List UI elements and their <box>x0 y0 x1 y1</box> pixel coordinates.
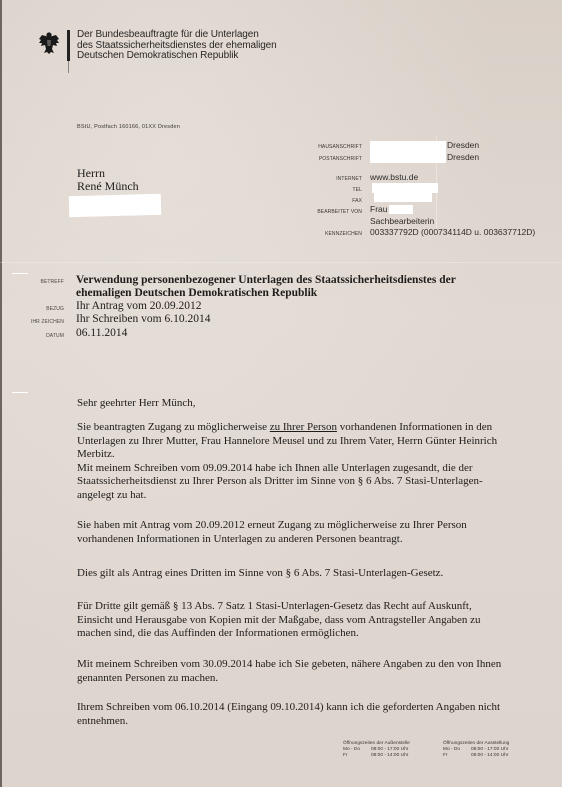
subject-line: Verwendung personenbezogener Unterlagen … <box>76 274 496 299</box>
federal-eagle-icon <box>38 31 60 55</box>
paragraph-1: Sie beantragten Zugang zu möglicherweise… <box>77 421 507 503</box>
info-value: Dresden <box>447 152 479 162</box>
letterhead-title: Der Bundesbeauftragte für die Unterlagen… <box>77 30 277 62</box>
info-value: Dresden <box>447 140 479 150</box>
info-value: Sachbearbeiterin <box>370 216 434 226</box>
letterhead-bar-tail <box>68 61 69 73</box>
paragraph-1b: Mit meinem Schreiben vom 09.09.2014 habe… <box>77 462 507 503</box>
paragraph-2: Sie haben mit Antrag vom 20.09.2012 erne… <box>77 519 507 546</box>
info-label: HAUSANSCHRIFT <box>318 144 362 150</box>
footer-row: Fr 08:00 - 14:00 Uhr <box>443 753 509 759</box>
footer-hours: 08:00 - 14:00 Uhr <box>371 753 408 759</box>
reference-number: 003337792D (000734114D u. 003637712D) <box>370 227 535 237</box>
redaction-postal <box>370 152 446 163</box>
info-value-internet: www.bstu.de <box>370 172 418 182</box>
fold-mark <box>12 392 28 393</box>
betreff-label: BETREFF <box>24 279 64 285</box>
sender-return-address: BStU, Postfach 160166, 01XX Dresden <box>77 124 180 130</box>
info-value: Frau <box>370 204 387 214</box>
footer-row: Fr 08:00 - 14:00 Uhr <box>343 753 410 759</box>
greeting: Sehr geehrter Herr Münch, <box>77 397 507 411</box>
footer-hours: 08:00 - 14:00 Uhr <box>471 753 508 759</box>
datum-label: DATUM <box>24 333 64 339</box>
letterhead-bar <box>67 30 70 61</box>
footer-days: Fr <box>343 753 371 759</box>
paragraph-5: Mit meinem Schreiben vom 30.09.2014 habe… <box>77 658 507 685</box>
underlined-phrase: zu Ihrer Person <box>270 421 337 433</box>
paragraph-4: Für Dritte gilt gemäß § 13 Abs. 7 Satz 1… <box>77 600 507 641</box>
recipient-address: Herrn René Münch <box>77 167 139 193</box>
info-label: TEL <box>318 187 362 193</box>
ihr-zeichen-label: IHR ZEICHEN <box>24 319 64 325</box>
ihr-zeichen-value: Ihr Schreiben vom 6.10.2014 <box>76 313 210 325</box>
scan-edge <box>0 0 2 787</box>
redaction-tel <box>372 183 438 193</box>
info-label: FAX <box>318 198 362 204</box>
date-value: 06.11.2014 <box>76 327 127 339</box>
info-label: POSTANSCHRIFT <box>318 156 362 162</box>
fold-mark <box>12 273 28 274</box>
paragraph-3: Dies gilt als Antrag eines Dritten im Si… <box>77 567 507 581</box>
bezug-value: Ihr Antrag vom 20.09.2012 <box>76 300 202 312</box>
info-label: INTERNET <box>318 176 362 182</box>
footer-opening-hours-exhibition: Öffnungszeiten der Ausstellung Mo - Do 0… <box>443 741 509 760</box>
footer-opening-hours-branch: Öffnungszeiten der Außenstelle Mo - Do 0… <box>343 741 410 760</box>
redaction-fax <box>374 193 432 202</box>
redaction-street <box>370 141 446 152</box>
paragraph-text: Sie beantragten Zugang zu möglicherweise <box>77 421 270 433</box>
letter-page: Der Bundesbeauftragte für die Unterlagen… <box>0 0 562 787</box>
recipient-name: René Münch <box>77 180 139 193</box>
info-label: KENNZEICHEN <box>318 231 362 237</box>
redaction-address <box>69 194 162 217</box>
paragraph-6: Ihrem Schreiben vom 06.10.2014 (Eingang … <box>77 701 507 728</box>
redaction-clerk-name <box>389 205 413 214</box>
info-label: BEARBEITET VON <box>308 209 362 215</box>
footer-days: Fr <box>443 753 471 759</box>
bezug-label: BEZUG <box>24 306 64 312</box>
fold-line <box>0 262 562 263</box>
letterhead-line: Der Bundesbeauftragte für die Unterlagen <box>77 30 277 41</box>
letterhead-line: Deutschen Demokratischen Republik <box>77 51 277 62</box>
